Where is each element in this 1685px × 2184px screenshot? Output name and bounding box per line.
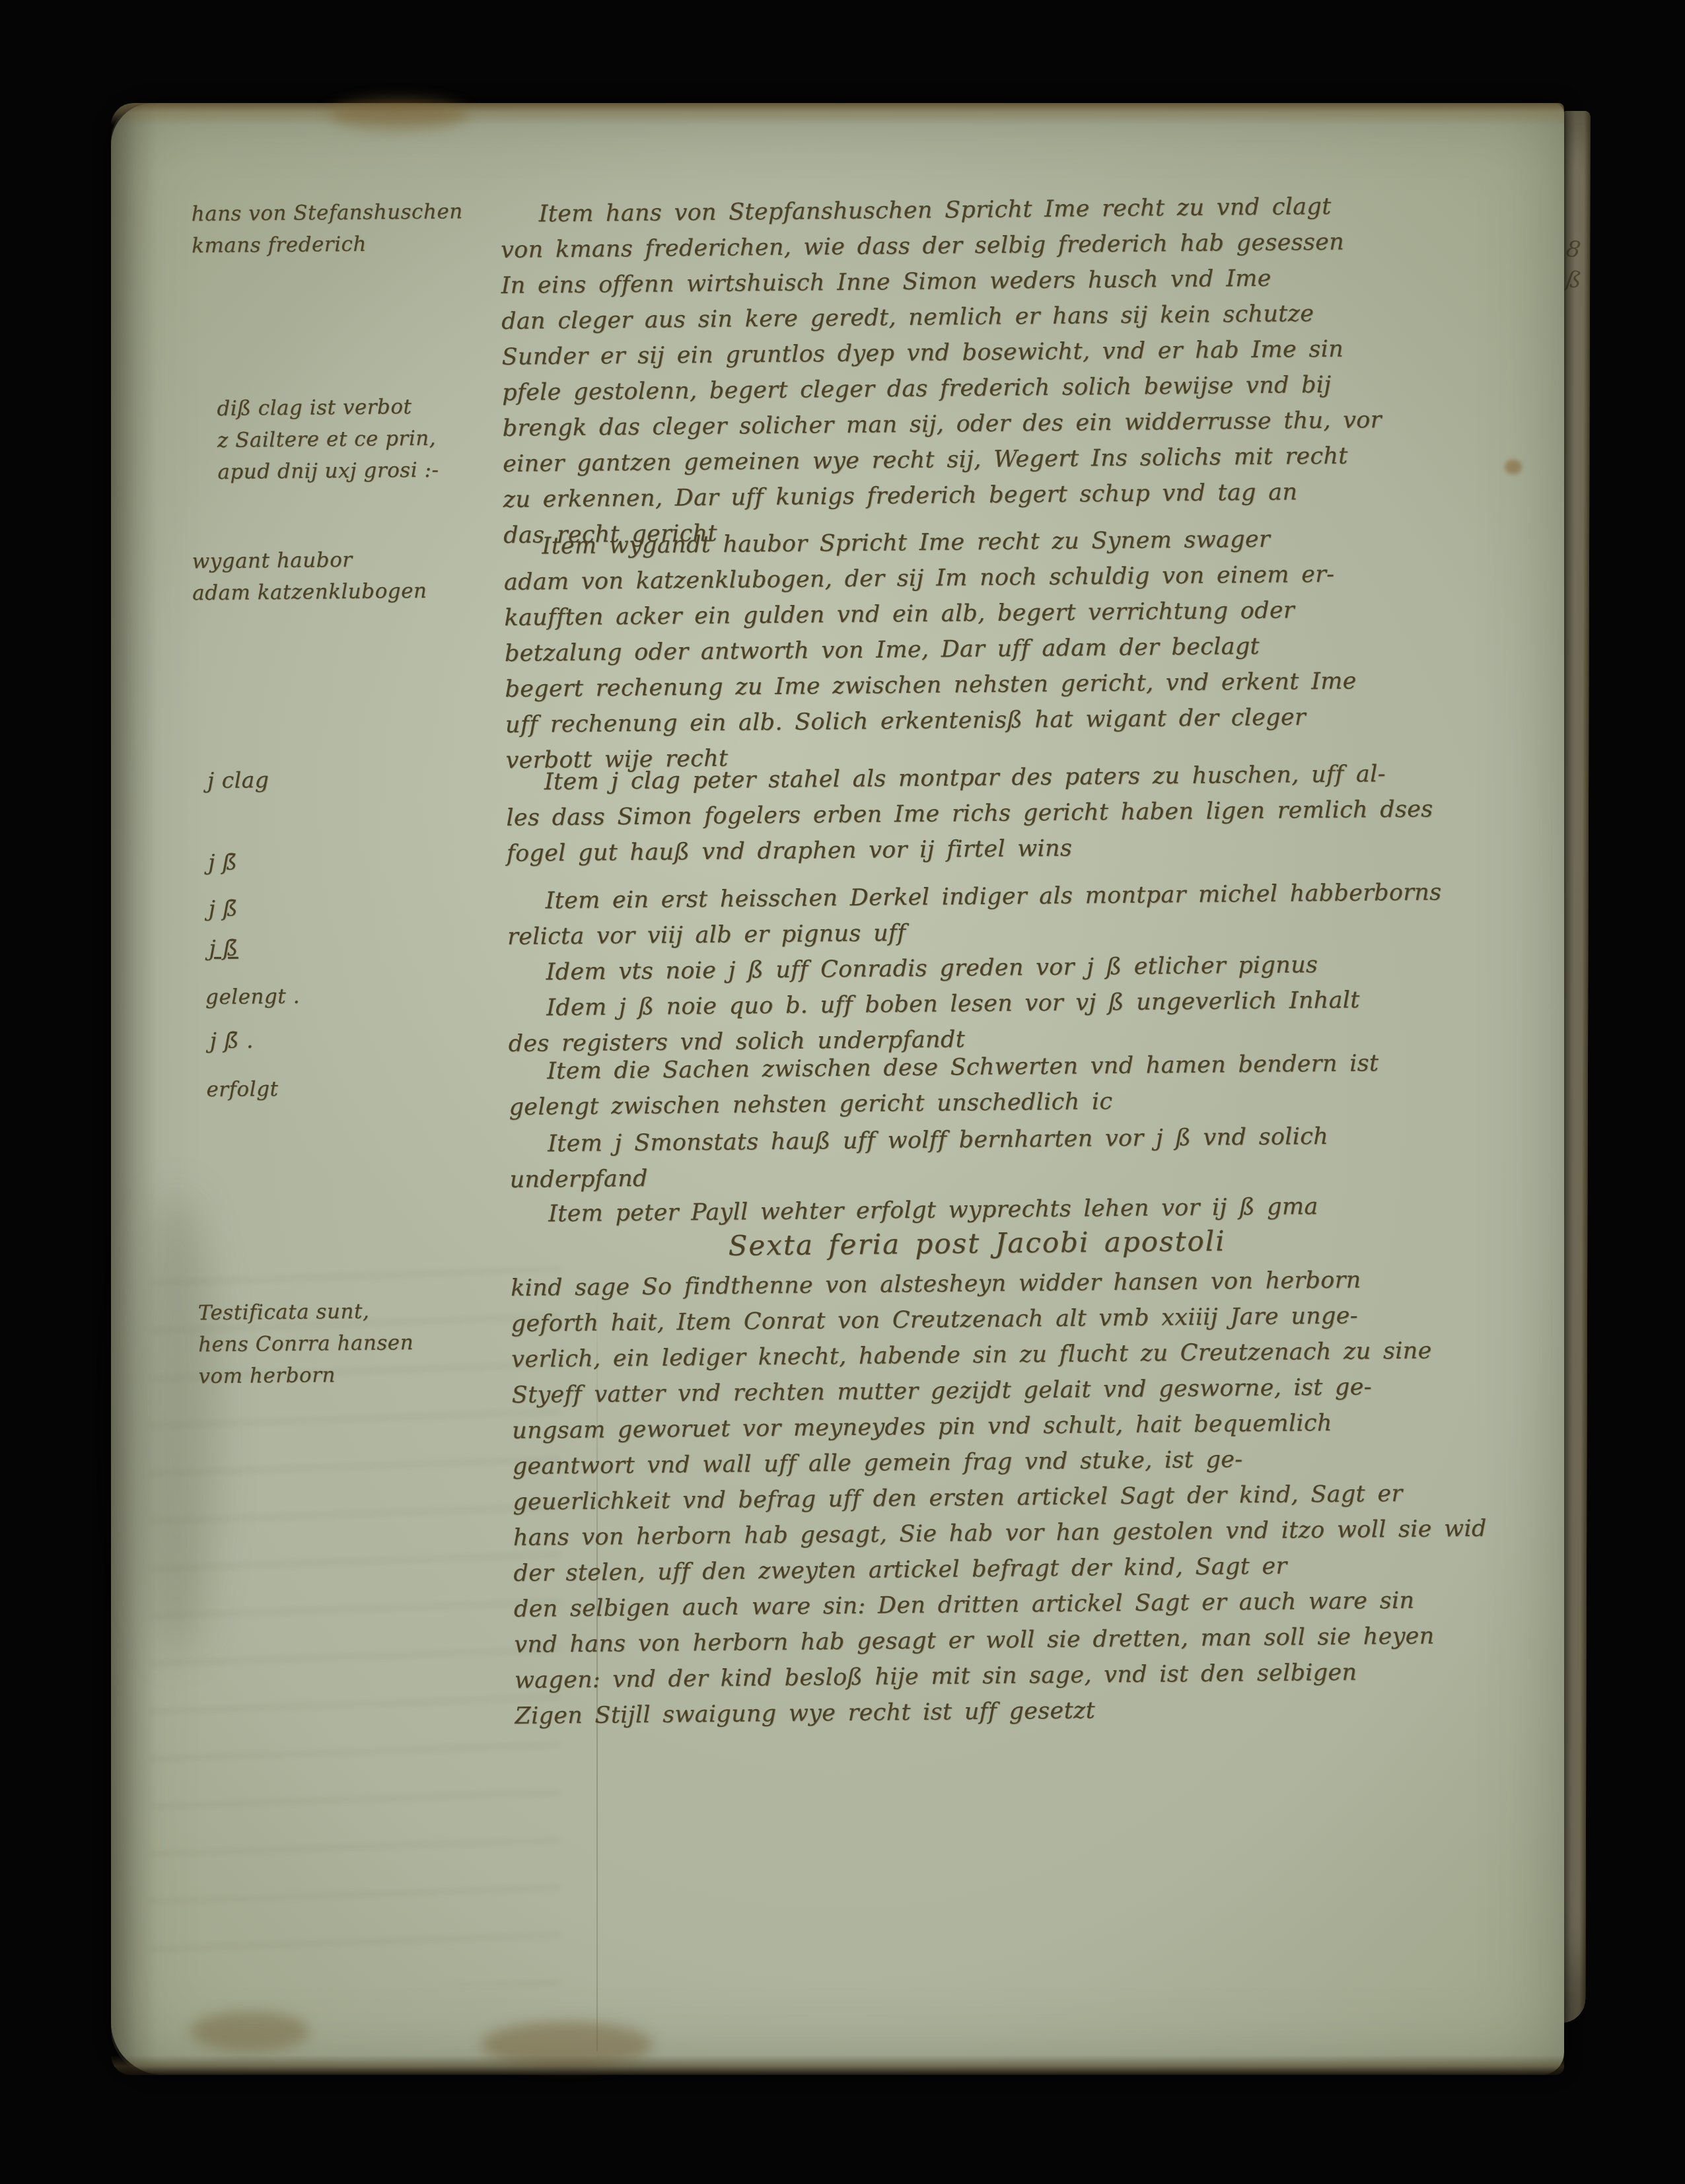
main-text-column: Item hans von Stepfanshuschen Spricht Im…: [499, 98, 1589, 108]
margin-note: diß clag ist verbotz Sailtere et ce prin…: [217, 391, 439, 488]
photographed-manuscript: 8 ß hans von Stefanshuschenkmans frederi…: [0, 0, 1685, 2184]
margin-note-line: Testificata sunt,: [197, 1295, 413, 1329]
margin-note-line: erfolgt: [206, 1073, 278, 1106]
margin-note-line: kmans frederich: [192, 227, 463, 262]
margin-note-line: hens Conrra hansen: [198, 1327, 413, 1360]
paper-stain: [481, 2022, 653, 2068]
margin-note: j ß̄: [208, 847, 238, 878]
margin-note-line: apud dnij uxj grosi :-: [217, 454, 439, 488]
margin-note-line: j ß̄: [208, 893, 238, 925]
margin-note-line: gelengt .: [205, 981, 300, 1013]
margin-note: j ß̄: [208, 893, 238, 925]
manuscript-paragraph: Item hans von Stepfanshuschen Spricht Im…: [500, 186, 1593, 553]
manuscript-paragraph: Item die Sachen zwischen dese Schwerten …: [509, 1043, 1599, 1125]
manuscript-paragraph: Item j clag peter stahel als montpar des…: [506, 754, 1596, 872]
margin-note-line: hans von Stefanshuschen: [191, 195, 462, 230]
margin-note-line: adam katzenklubogen: [192, 575, 427, 609]
margin-note: j ß̄ .: [209, 1024, 254, 1057]
margin-note-line: diß clag ist verbot: [217, 391, 438, 425]
manuscript-paragraph: Item ein erst heisschen Derkel indiger a…: [507, 873, 1597, 955]
margin-note-line: j ß̄ .: [209, 1024, 254, 1057]
paper-stain: [137, 1193, 217, 1655]
paper-stain: [329, 99, 468, 129]
margin-note-line: z Sailtere et ce prin,: [217, 423, 439, 456]
margin-note: Testificata sunt,hens Conrra hansenvom h…: [197, 1295, 413, 1392]
manuscript-page: hans von Stefanshuschenkmans frederichdi…: [111, 103, 1564, 2075]
margin-note-line: j ß̄: [208, 847, 238, 878]
manuscript-paragraph: Item j Smonstats hauß uff wolff bernhart…: [509, 1116, 1600, 1198]
paper-stain: [190, 2012, 309, 2051]
margin-note-line: wygant haubor: [192, 544, 427, 577]
manuscript-paragraph: kind sage So findthenne von alstesheyn w…: [511, 1260, 1605, 1734]
margin-note: j ß̄: [209, 933, 238, 964]
margin-note-line: j ß̄: [209, 933, 238, 964]
margin-note: wygant hauboradam katzenklubogen: [192, 544, 427, 609]
margin-note: gelengt .: [205, 981, 300, 1013]
manuscript-paragraph: Item wygandt haubor Spricht Ime recht zu…: [503, 518, 1596, 779]
margin-note: hans von Stefanshuschenkmans frederich: [191, 195, 463, 262]
margin-note: erfolgt: [206, 1073, 278, 1106]
margin-note-line: j clag: [207, 764, 269, 796]
margin-note: j clag: [207, 764, 269, 796]
margin-note-line: vom herborn: [198, 1358, 413, 1392]
